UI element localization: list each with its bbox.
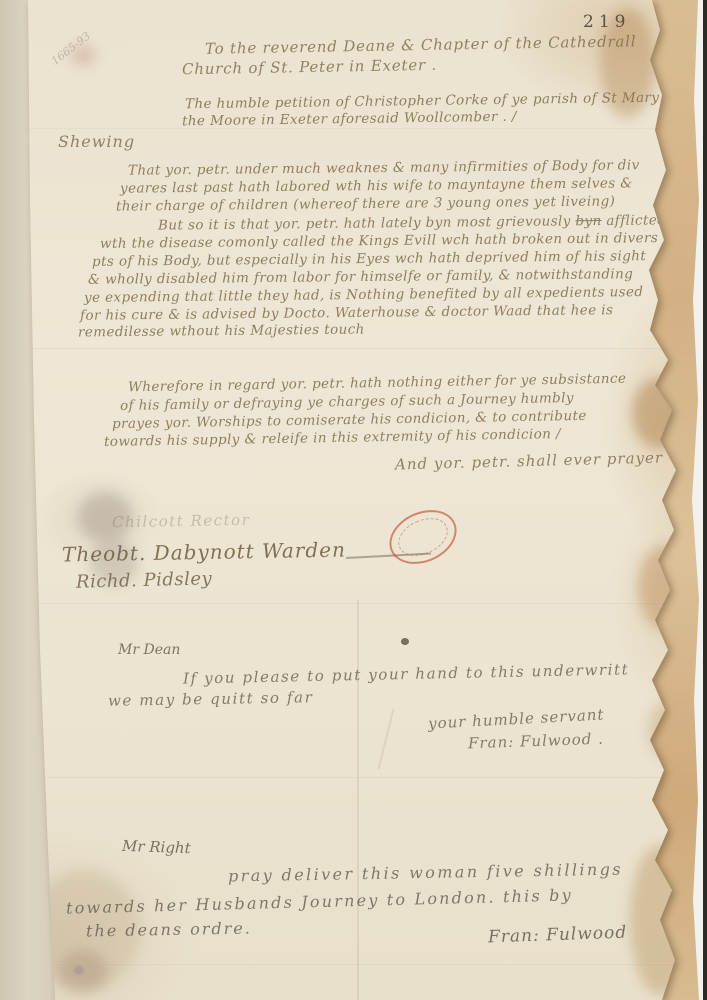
payment-note-line-3: the deans ordre. bbox=[86, 919, 252, 941]
stain bbox=[648, 700, 688, 760]
fold-crease bbox=[28, 347, 678, 349]
dean-note-signature: Fran: Fulwood . bbox=[468, 730, 604, 753]
signature-pidsley: Richd. Pidsley bbox=[76, 568, 213, 593]
dean-note-line-1: If you please to put your hand to this u… bbox=[183, 660, 630, 687]
fold-crease-vertical bbox=[357, 600, 359, 1000]
fold-crease bbox=[28, 127, 678, 129]
stain bbox=[638, 545, 693, 630]
manuscript-scan: 219 1665-93 To the reverend Deane & Chap… bbox=[0, 0, 707, 1000]
petition-line-text: afflicted bbox=[602, 212, 667, 229]
stain bbox=[630, 845, 690, 995]
stain-spot bbox=[74, 966, 84, 975]
address-line-1: To the reverend Deane & Chapter of the C… bbox=[205, 32, 637, 58]
petition-line: for his cure & is advised by Docto. Wate… bbox=[80, 302, 613, 324]
fold-crease bbox=[28, 602, 678, 604]
shewing-heading: Shewing bbox=[58, 132, 135, 151]
struck-word: byn bbox=[575, 213, 601, 229]
petition-intro-line-1: The humble petition of Christopher Corke… bbox=[185, 90, 660, 113]
signature-rector: Chilcott Rector bbox=[112, 511, 251, 531]
payment-note-line-1: pray deliver this woman five shillings bbox=[228, 860, 623, 886]
petition-page: 219 1665-93 To the reverend Deane & Chap… bbox=[0, 0, 707, 1000]
payment-note-signature: Fran: Fulwood bbox=[488, 923, 628, 948]
signature-warden: Theobt. Dabynott Warden bbox=[62, 538, 346, 567]
dean-note-line-2: we may be quitt so far bbox=[108, 688, 314, 710]
dean-note-valediction: your humble servant bbox=[428, 705, 605, 732]
stain bbox=[632, 378, 684, 448]
fold-crease-diagonal bbox=[378, 709, 395, 770]
address-line-2: Church of St. Peter in Exeter . bbox=[182, 56, 437, 78]
ink-blot bbox=[401, 638, 409, 645]
scan-edge bbox=[703, 0, 707, 1000]
petition-closing: And yor. petr. shall ever prayer bbox=[395, 448, 663, 473]
fold-crease bbox=[28, 776, 678, 778]
library-stamp-rim bbox=[392, 511, 453, 563]
paper-sheet: 219 1665-93 To the reverend Deane & Chap… bbox=[0, 0, 707, 1000]
payment-note-line-2: towards her Husbands Journey to London. … bbox=[66, 885, 573, 917]
library-stamp bbox=[381, 500, 465, 574]
dean-note-salutation: Mr Dean bbox=[118, 642, 180, 658]
petition-line: their charge of children (whereof there … bbox=[116, 193, 615, 214]
petition-line: remedilesse wthout his Majesties touch bbox=[78, 321, 365, 340]
folio-number: 219 bbox=[583, 12, 630, 32]
payment-note-salutation: Mr Right bbox=[122, 837, 191, 857]
